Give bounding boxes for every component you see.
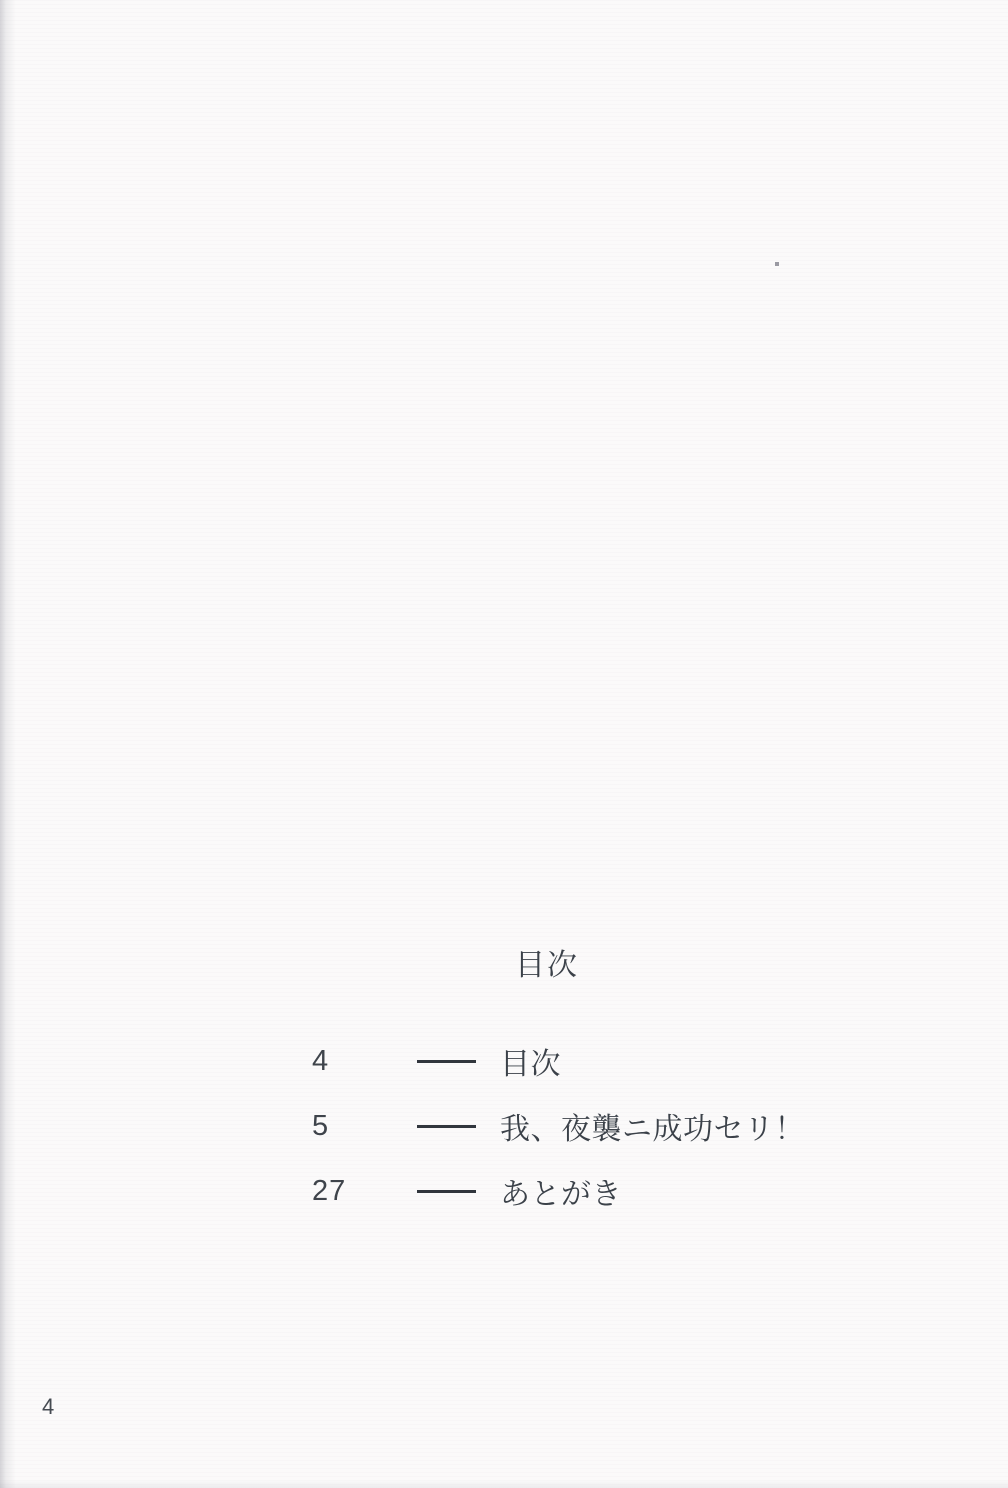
toc-row: 5 我、夜襲ニ成功セリ！ <box>312 1107 805 1145</box>
toc-list: 4 目次 5 我、夜襲ニ成功セリ！ 27 あとがき <box>312 1042 805 1237</box>
toc-heading: 目次 <box>515 948 579 984</box>
toc-row: 4 目次 <box>312 1042 805 1080</box>
toc-entry-page-number: 4 <box>312 1045 417 1078</box>
toc-entry-title: 目次 <box>500 1039 561 1083</box>
toc-dash-leader <box>417 1060 476 1063</box>
toc-entry-title: あとがき <box>500 1169 622 1213</box>
toc-entry-title: 我、夜襲ニ成功セリ！ <box>500 1104 805 1148</box>
scan-speck-artifact <box>775 262 779 266</box>
toc-dash-leader <box>417 1125 476 1128</box>
toc-entry-page-number: 27 <box>312 1175 417 1208</box>
toc-entry-page-number: 5 <box>312 1110 417 1143</box>
toc-row: 27 あとがき <box>312 1172 805 1210</box>
footer-page-number: 4 <box>42 1394 54 1420</box>
scanned-paper-background <box>0 0 1008 1488</box>
toc-dash-leader <box>417 1190 476 1193</box>
